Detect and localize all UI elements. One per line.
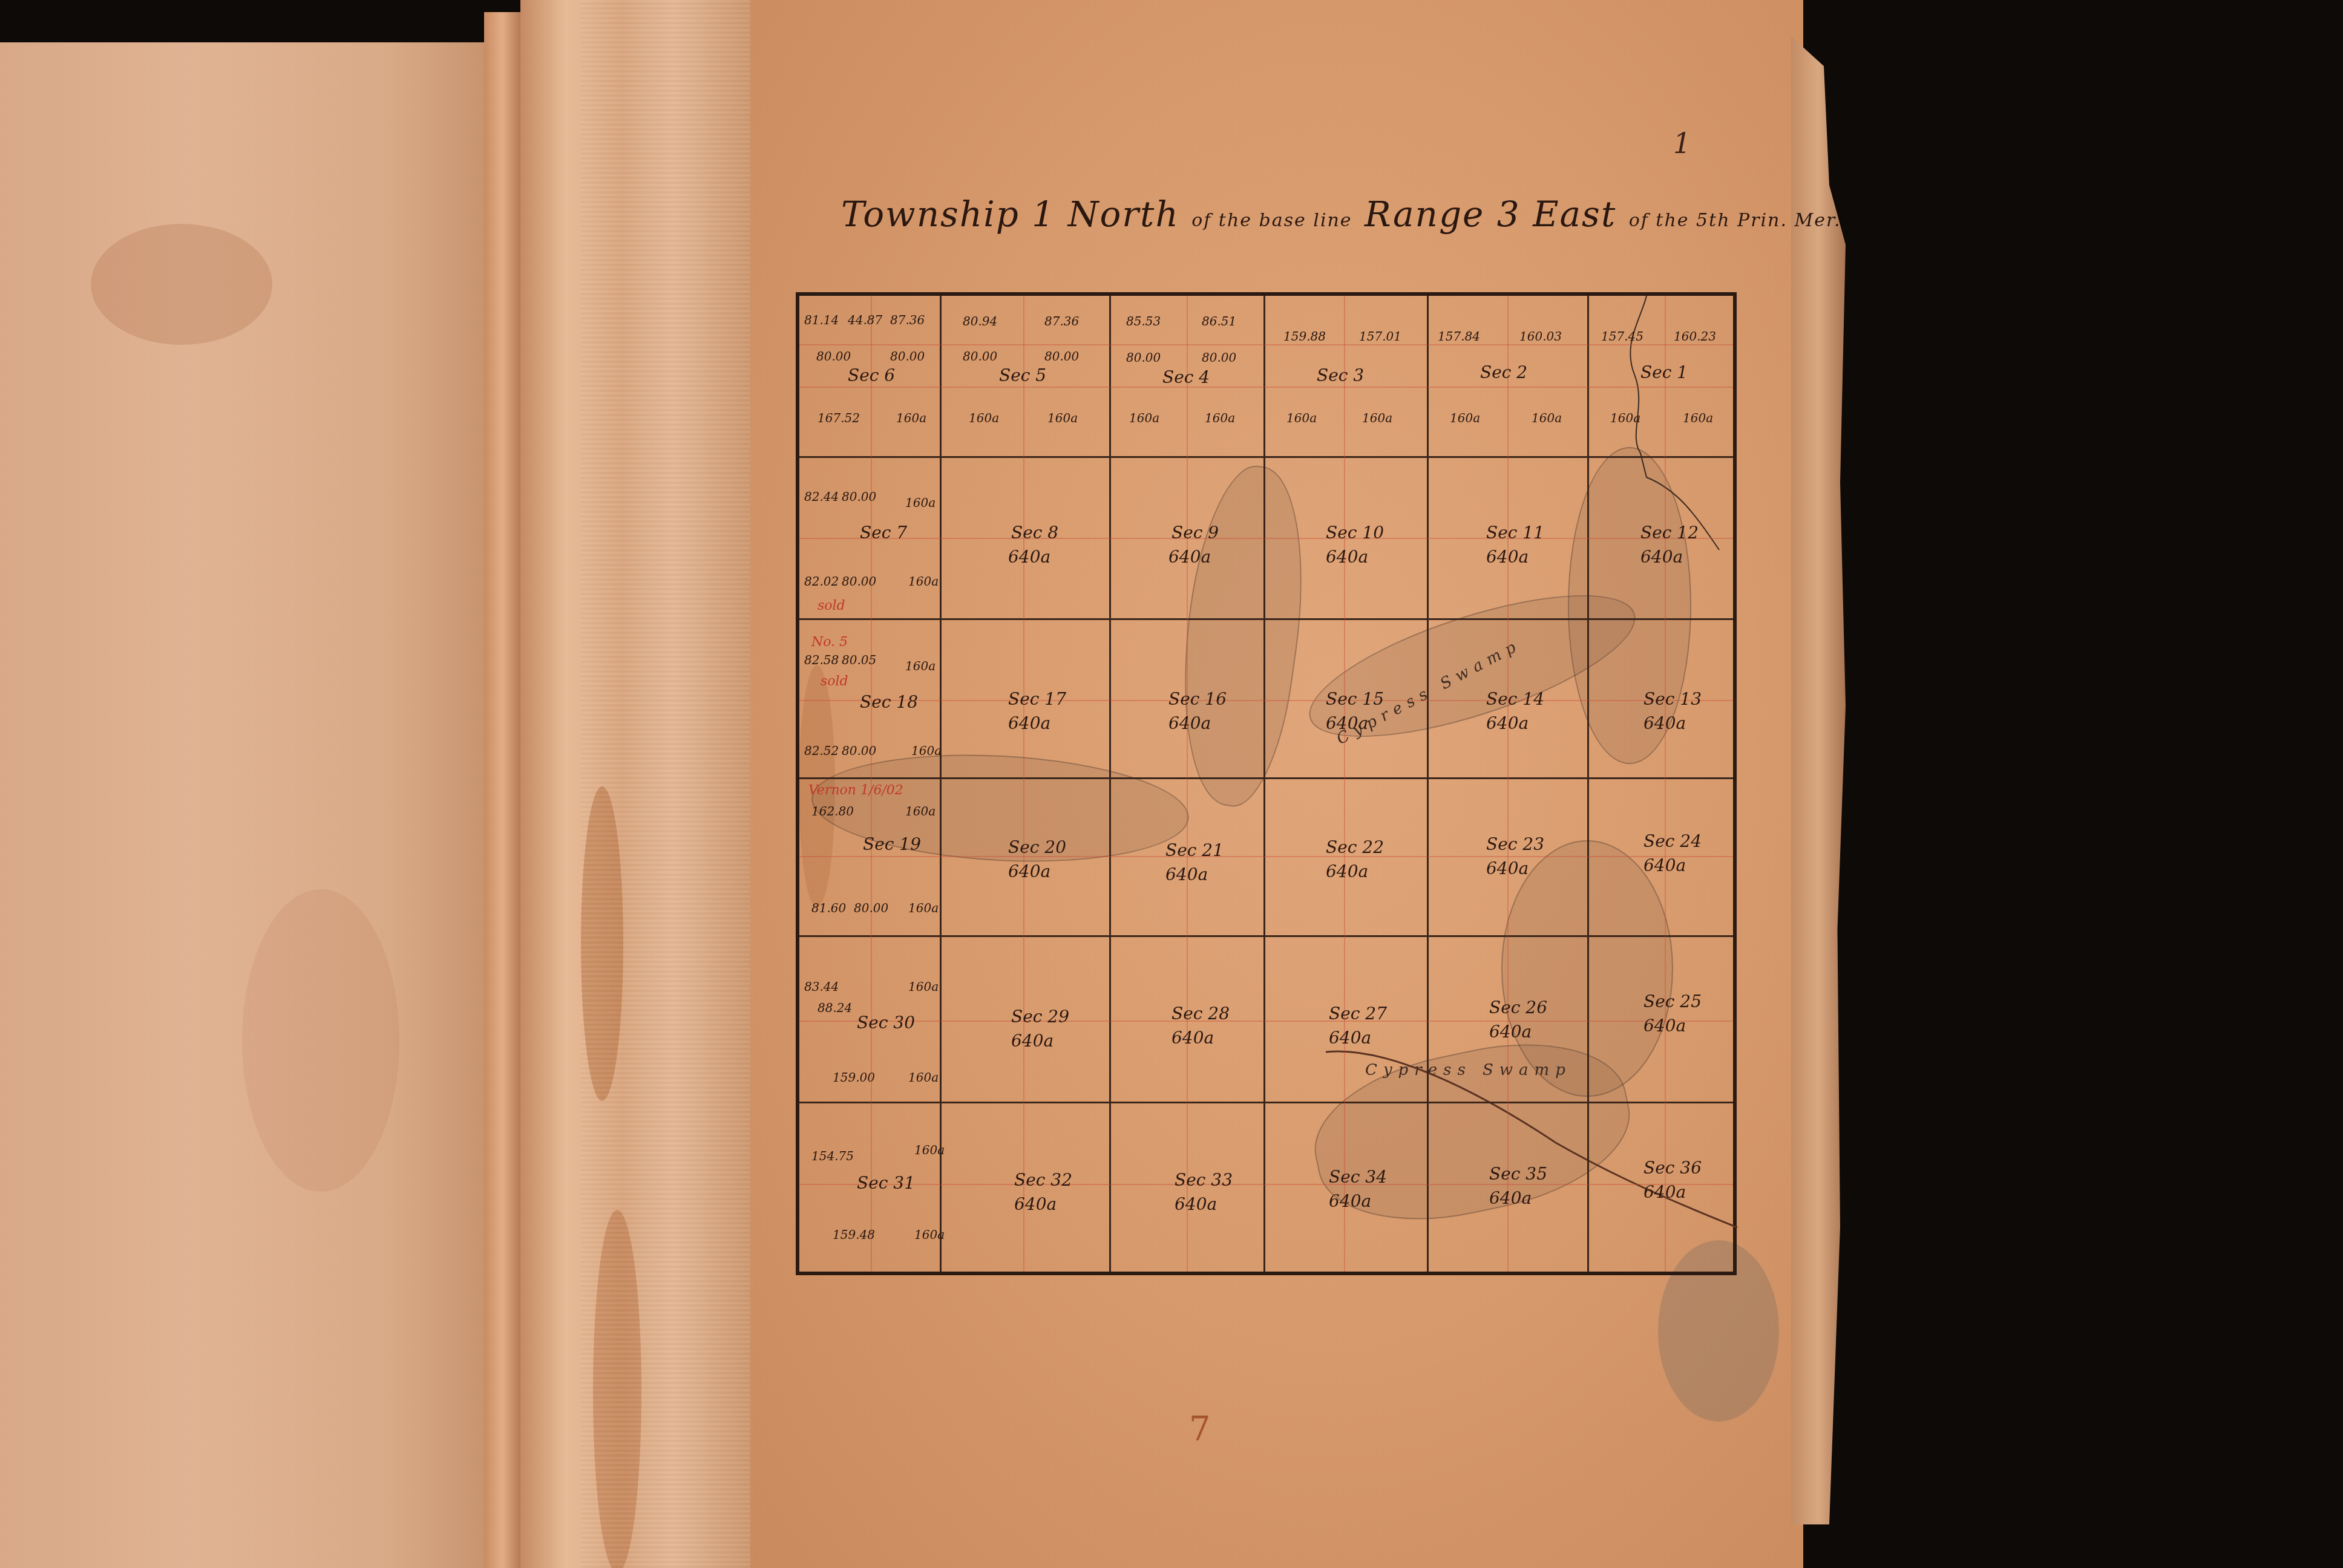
quarter-acreage: 167.52 xyxy=(818,411,860,425)
section-line xyxy=(1587,296,1589,1272)
quarter-line xyxy=(799,856,1733,857)
quarter-acreage: 160a xyxy=(1205,411,1235,425)
section-acreage: 640a xyxy=(1486,713,1529,733)
lot-acreage: 82.02 xyxy=(804,574,839,589)
section-acreage: 640a xyxy=(1008,861,1050,881)
section-acreage: 640a xyxy=(1165,864,1208,884)
lot-acreage: 80.00 xyxy=(1126,350,1161,365)
quarter-acreage: 160a xyxy=(905,659,936,673)
quarter-acreage: 160a xyxy=(1286,411,1317,425)
lot-acreage: 162.80 xyxy=(811,804,854,818)
section-label: Sec 20 xyxy=(1008,837,1066,857)
section-label: Sec 4 xyxy=(1162,367,1210,387)
section-label: Sec 5 xyxy=(999,365,1046,385)
title-baseline: of the base line xyxy=(1191,210,1352,231)
lot-acreage: 80.05 xyxy=(842,653,876,667)
section-acreage: 640a xyxy=(1489,1022,1532,1042)
red-annotation: sold xyxy=(821,674,848,689)
lot-acreage: 80.00 xyxy=(963,349,997,364)
section-label: Sec 21 xyxy=(1165,840,1224,860)
page-stack-edge-right xyxy=(1791,36,1846,1524)
section-label: Sec 23 xyxy=(1486,834,1544,854)
lot-acreage: 80.00 xyxy=(842,574,876,589)
lot-acreage: 83.44 xyxy=(804,979,839,994)
title-range: Range 3 East xyxy=(1365,194,1616,235)
section-acreage: 640a xyxy=(1008,547,1050,567)
section-acreage: 640a xyxy=(1643,855,1686,875)
quarter-acreage: 160a xyxy=(905,495,936,510)
quarter-line xyxy=(799,344,1733,345)
section-label: Sec 16 xyxy=(1168,689,1227,709)
section-line xyxy=(799,456,1733,458)
lot-acreage: 157.01 xyxy=(1359,329,1401,344)
quarter-acreage: 160a xyxy=(911,743,942,758)
section-label: Sec 26 xyxy=(1489,998,1547,1018)
stray-mark: 7 xyxy=(1189,1410,1211,1449)
section-label: Sec 6 xyxy=(848,365,895,385)
section-acreage: 640a xyxy=(1326,547,1368,567)
section-label: Sec 14 xyxy=(1486,689,1544,709)
section-label: Sec 35 xyxy=(1489,1164,1547,1184)
section-acreage: 640a xyxy=(1011,1031,1054,1051)
plat-title: Township 1 North of the base line Range … xyxy=(841,194,1737,235)
section-acreage: 640a xyxy=(1326,861,1368,881)
section-label: Sec 13 xyxy=(1643,689,1702,709)
section-label: Sec 36 xyxy=(1643,1158,1702,1178)
quarter-acreage: 160a xyxy=(969,411,999,425)
section-label: Sec 19 xyxy=(863,834,921,854)
title-township: Township 1 North xyxy=(841,194,1179,235)
quarter-acreage: 160a xyxy=(908,574,939,589)
section-label: Sec 30 xyxy=(857,1013,915,1033)
section-acreage: 640a xyxy=(1168,713,1211,733)
quarter-acreage: 160a xyxy=(1047,411,1078,425)
quarter-acreage: 160a xyxy=(914,1143,945,1157)
quarter-line xyxy=(799,538,1733,539)
section-line xyxy=(1427,296,1429,1272)
township-plat-grid: Cypress Swamp Cypress Swamp 81.14 44.87 … xyxy=(796,292,1737,1275)
section-label: Sec 22 xyxy=(1326,837,1384,857)
quarter-line xyxy=(799,1021,1733,1022)
title-meridian: of the 5th Prin. Mer. xyxy=(1629,210,1841,231)
section-label: Sec 24 xyxy=(1643,831,1702,851)
section-label: Sec 1 xyxy=(1640,362,1688,382)
lot-acreage: 82.52 xyxy=(804,743,839,758)
section-label: Sec 15 xyxy=(1326,689,1384,709)
section-label: Sec 7 xyxy=(860,523,907,543)
section-acreage: 640a xyxy=(1329,1028,1371,1048)
section-label: Sec 2 xyxy=(1480,362,1527,382)
section-line xyxy=(799,777,1733,779)
lot-acreage: 160.23 xyxy=(1674,329,1716,344)
section-acreage: 640a xyxy=(1643,713,1686,733)
lot-acreage: 88.24 xyxy=(818,1001,852,1015)
water-stain xyxy=(91,224,272,345)
lot-acreage: 80.00 xyxy=(842,743,876,758)
quarter-acreage: 160a xyxy=(908,979,939,994)
lot-acreage: 80.00 xyxy=(816,349,851,364)
section-acreage: 640a xyxy=(1175,1194,1217,1214)
lot-acreage: 80.00 xyxy=(1044,349,1079,364)
section-label: Sec 18 xyxy=(860,692,918,712)
page-number: 1 xyxy=(1673,127,1691,160)
quarter-line xyxy=(1023,296,1024,1272)
quarter-acreage: 160a xyxy=(914,1227,945,1242)
lot-acreage: 81.14 xyxy=(804,313,839,327)
lot-acreage: 80.00 xyxy=(890,349,925,364)
lot-acreage: 160.03 xyxy=(1519,329,1562,344)
lot-acreage: 157.45 xyxy=(1601,329,1643,344)
lot-acreage: 87.36 xyxy=(890,313,925,327)
quarter-acreage: 160a xyxy=(1683,411,1713,425)
quarter-acreage: 160a xyxy=(1362,411,1392,425)
quarter-acreage: 160a xyxy=(1610,411,1640,425)
section-line xyxy=(799,1102,1733,1103)
quarter-line xyxy=(1665,296,1666,1272)
section-acreage: 640a xyxy=(1171,1028,1214,1048)
lot-acreage: 86.51 xyxy=(1202,314,1236,328)
section-label: Sec 10 xyxy=(1326,523,1384,543)
section-acreage: 640a xyxy=(1489,1188,1532,1208)
lot-acreage: 80.00 xyxy=(854,901,888,915)
quarter-line xyxy=(1507,296,1509,1272)
section-label: Sec 32 xyxy=(1014,1170,1072,1190)
lot-acreage: 85.53 xyxy=(1126,314,1161,328)
section-label: Sec 29 xyxy=(1011,1007,1069,1027)
lot-acreage: 80.94 xyxy=(963,314,997,328)
lot-acreage: 81.60 xyxy=(811,901,846,915)
section-label: Sec 25 xyxy=(1643,991,1702,1011)
section-acreage: 640a xyxy=(1168,547,1211,567)
quarter-acreage: 160a xyxy=(908,1070,939,1085)
section-label: Sec 17 xyxy=(1008,689,1066,709)
quarter-acreage: 160a xyxy=(905,804,936,818)
lot-acreage: 154.75 xyxy=(811,1149,854,1163)
left-blank-page xyxy=(0,42,484,1568)
section-acreage: 640a xyxy=(1643,1182,1686,1202)
section-line xyxy=(1109,296,1111,1272)
section-line xyxy=(799,618,1733,620)
section-acreage: 640a xyxy=(1329,1191,1371,1211)
section-line xyxy=(1263,296,1265,1272)
quarter-acreage: 160a xyxy=(896,411,926,425)
section-acreage: 640a xyxy=(1640,547,1683,567)
section-label: Sec 8 xyxy=(1011,523,1058,543)
quarter-acreage: 160a xyxy=(1532,411,1562,425)
quarter-acreage: 160a xyxy=(908,901,939,915)
section-acreage: 640a xyxy=(1486,547,1529,567)
section-label: Sec 9 xyxy=(1171,523,1219,543)
section-line xyxy=(799,935,1733,937)
page-stack-edge xyxy=(484,12,520,1568)
section-acreage: 640a xyxy=(1008,713,1050,733)
red-annotation: Vernon 1/6/02 xyxy=(808,783,903,798)
quarter-line xyxy=(799,700,1733,701)
quarter-acreage: 160a xyxy=(1129,411,1159,425)
lot-acreage: 82.58 xyxy=(804,653,839,667)
lot-acreage: 87.36 xyxy=(1044,314,1079,328)
section-label: Sec 28 xyxy=(1171,1004,1230,1024)
quarter-acreage: 159.48 xyxy=(833,1227,875,1242)
section-label: Sec 27 xyxy=(1329,1004,1387,1024)
section-line xyxy=(940,296,942,1272)
lot-acreage: 82.44 xyxy=(804,489,839,504)
lot-acreage: 80.00 xyxy=(842,489,876,504)
quarter-line xyxy=(1187,296,1188,1272)
lot-acreage: 157.84 xyxy=(1438,329,1480,344)
section-acreage: 640a xyxy=(1014,1194,1057,1214)
section-acreage: 640a xyxy=(1643,1016,1686,1036)
red-annotation: No. 5 xyxy=(811,635,848,650)
water-stain xyxy=(242,889,399,1192)
lot-acreage: 80.00 xyxy=(1202,350,1236,365)
quarter-line xyxy=(1344,296,1345,1272)
section-acreage: 640a xyxy=(1486,858,1529,878)
section-label: Sec 3 xyxy=(1317,365,1364,385)
quarter-acreage: 160a xyxy=(1450,411,1480,425)
section-acreage: 640a xyxy=(1326,713,1368,733)
section-label: Sec 11 xyxy=(1486,523,1544,543)
lot-acreage: 159.88 xyxy=(1283,329,1326,344)
binding-strip xyxy=(581,0,750,1568)
quarter-line xyxy=(799,387,1733,388)
lot-acreage: 44.87 xyxy=(848,313,882,327)
section-label: Sec 33 xyxy=(1175,1170,1233,1190)
quarter-acreage: 159.00 xyxy=(833,1070,875,1085)
section-label: Sec 34 xyxy=(1329,1167,1387,1187)
section-label: Sec 31 xyxy=(857,1173,915,1193)
quarter-line xyxy=(799,1184,1733,1185)
red-annotation: sold xyxy=(818,598,845,613)
section-label: Sec 12 xyxy=(1640,523,1699,543)
